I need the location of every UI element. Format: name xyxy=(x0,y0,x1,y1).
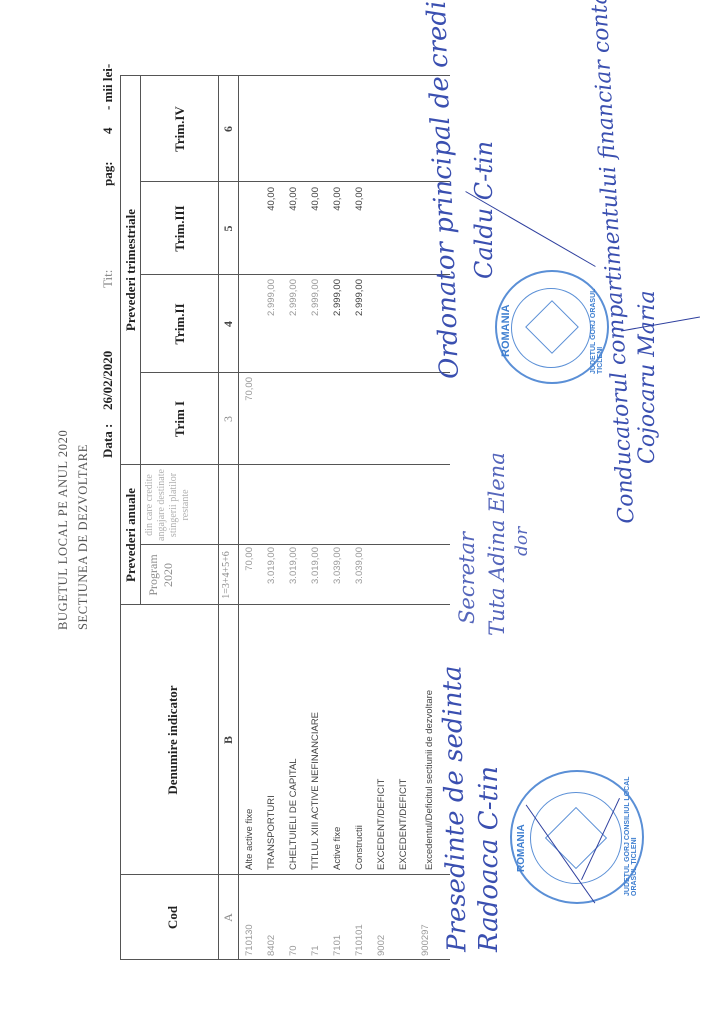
index-row-bottom-line xyxy=(238,75,239,960)
col-line-8 xyxy=(120,75,450,76)
table-cell-trim3: 40,00 xyxy=(354,187,365,273)
table-cell-cod: 9002 xyxy=(376,878,387,956)
budget-table: Cod Denumire indicator Prevederi anuale … xyxy=(120,75,450,960)
council-stamp-bottom: JUDETUL GORJ CONSILIUL LOCAL ORASUL TICL… xyxy=(624,772,638,896)
table-cell-trim2: 2.999,00 xyxy=(310,279,321,371)
date-value: 26/02/2020 xyxy=(100,351,116,410)
table-cell-trim2: 2.999,00 xyxy=(288,279,299,371)
index-denumire: B xyxy=(221,605,236,875)
table-cell-cod: 8402 xyxy=(266,878,277,956)
col-line-4 xyxy=(120,464,450,465)
table-cell-trim2: 2.999,00 xyxy=(332,279,343,371)
header-trim4: Trim.IV xyxy=(172,76,188,182)
table-cell-program: 3.039,00 xyxy=(332,547,343,603)
header-program: Program 2020 xyxy=(146,547,176,603)
council-stamp: ROMANIA JUDETUL GORJ CONSILIUL LOCAL ORA… xyxy=(510,770,644,904)
table-cell-cod: 7101 xyxy=(332,878,343,956)
table-cell-trim3: 40,00 xyxy=(332,187,343,273)
table-cell-trim3: 40,00 xyxy=(310,187,321,273)
header-cod: Cod xyxy=(165,875,181,960)
index-cod: A xyxy=(221,875,236,960)
unit-label: - mii lei- xyxy=(100,64,116,110)
header-trim3: Trim.III xyxy=(172,182,188,275)
secretar-title: Secretar xyxy=(455,532,479,624)
index-trim1: 3 xyxy=(221,373,236,465)
council-stamp-top: ROMANIA xyxy=(516,824,527,872)
table-cell-denumire: Active fixe xyxy=(332,608,343,870)
mayor-stamp: ROMANIA JUDETUL GORJ ORASUL TICLENI xyxy=(495,270,609,384)
header-prevederi-anuale: Prevederi anuale xyxy=(123,465,139,605)
table-cell-denumire: Constructii xyxy=(354,608,365,870)
table-cell-denumire: EXCEDENT/DEFICIT xyxy=(398,608,409,870)
table-cell-denumire: TRANSPORTURI xyxy=(266,608,277,870)
table-cell-cod: 710130 xyxy=(244,878,255,956)
page-label: pag: xyxy=(100,161,116,186)
table-cell-denumire: CHELTUIELI DE CAPITAL xyxy=(288,608,299,870)
index-trim3: 5 xyxy=(221,182,236,275)
table-cell-trim2: 2.999,00 xyxy=(354,279,365,371)
index-trim2: 4 xyxy=(221,275,236,373)
table-cell-program: 3.019,00 xyxy=(266,547,277,603)
table-top-border xyxy=(120,75,121,960)
index-trim4: 6 xyxy=(221,76,236,182)
date-label: Data : xyxy=(100,424,116,458)
header-trim1: Trim I xyxy=(172,373,188,465)
conducator-name: Cojocaru Maria xyxy=(635,290,660,464)
header-bottom-line xyxy=(218,75,219,960)
mayor-stamp-bottom: JUDETUL GORJ ORASUL TICLENI xyxy=(590,272,604,374)
table-cell-denumire: Excedentul/Deficitul sectiunii de dezvol… xyxy=(420,608,440,870)
prevederi-anuale-underline xyxy=(140,465,141,605)
document-subtitle: SECTIUNEA DE DEZVOLTARE xyxy=(76,444,91,630)
table-cell-denumire: TITLUL XIII ACTIVE NEFINANCIARE xyxy=(310,608,321,870)
index-program: 1=3+4+5+6 xyxy=(221,545,232,605)
table-cell-trim3: 40,00 xyxy=(266,187,277,273)
secretar-name: Tuta Adina Elena xyxy=(485,452,509,636)
table-cell-cod: 71 xyxy=(310,878,321,956)
table-cell-cod: 900297 xyxy=(420,878,431,956)
secretar-signature: dor xyxy=(512,527,532,556)
prevederi-trim-underline xyxy=(140,75,141,465)
table-cell-trim3: 40,00 xyxy=(288,187,299,273)
header-prevederi-trimestriale: Prevederi trimestriale xyxy=(123,75,139,465)
table-cell-trim2: 2.999,00 xyxy=(266,279,277,371)
table-cell-cod: 710101 xyxy=(354,878,365,956)
tit-label: Tit: xyxy=(100,270,116,288)
table-cell-program: 3.039,00 xyxy=(354,547,365,603)
header-credite: din care credite angajare destinate stin… xyxy=(144,467,192,543)
table-cell-cod: 70 xyxy=(288,878,299,956)
table-cell-program: 3.019,00 xyxy=(310,547,321,603)
mayor-stamp-top: ROMANIA xyxy=(500,304,512,357)
document-title: BUGETUL LOCAL PE ANUL 2020 xyxy=(56,430,71,630)
presedinte-name: Radoaca C-tin xyxy=(474,766,504,952)
header-trim2: Trim.II xyxy=(172,275,188,373)
conducator-signature-stroke xyxy=(621,317,700,332)
table-cell-trim1: 70,00 xyxy=(244,377,255,463)
header-denumire: Denumire indicator xyxy=(165,605,181,875)
presedinte-title: Presedinte de sedinta xyxy=(438,665,473,952)
table-cell-denumire: Alte active fixe xyxy=(244,608,255,870)
conducator-title: Conducatorul compartimentului financiar … xyxy=(585,0,639,524)
table-cell-denumire: EXCEDENT/DEFICIT xyxy=(376,608,387,870)
ordonator-name: Caldu C-tin xyxy=(470,141,498,279)
col-line-3 xyxy=(140,544,450,545)
rotated-scanned-page: BUGETUL LOCAL PE ANUL 2020 SECTIUNEA DE … xyxy=(0,0,724,1024)
page-number: 4 xyxy=(100,128,116,135)
table-cell-program: 70,00 xyxy=(244,547,255,603)
table-cell-program: 3.019,00 xyxy=(288,547,299,603)
